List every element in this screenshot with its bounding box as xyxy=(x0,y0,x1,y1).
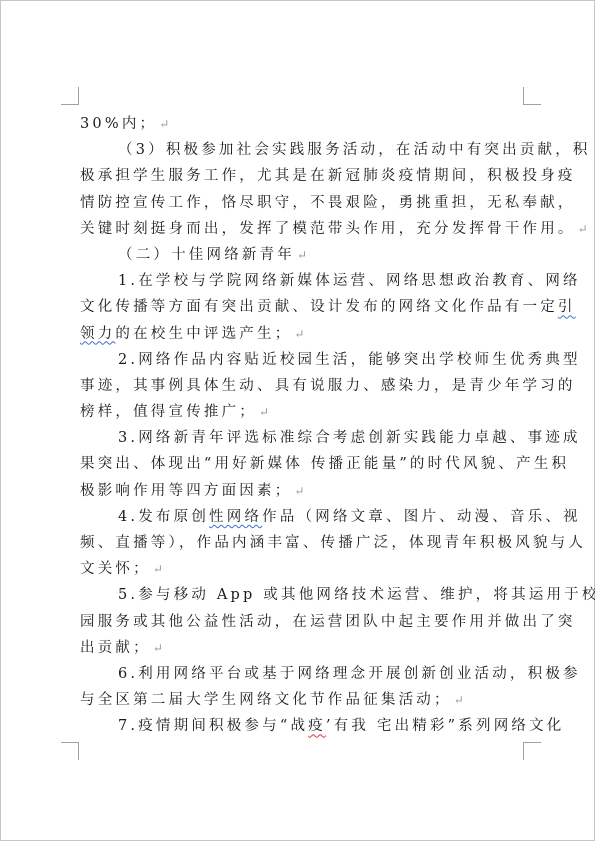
text-run: 作品（网络文章、图片、动漫、音乐、视 xyxy=(262,509,581,525)
text-line[interactable]: 与全区第二届大学生网络文化节作品征集活动；↵ xyxy=(80,687,530,713)
text-run: 频、直播等），作品内涵丰富、传播广泛，体现青年积极风貌与人 xyxy=(80,535,586,551)
text-line[interactable]: 关键时刻挺身而出，发挥了模范带头作用，充分发挥骨干作用。↵ xyxy=(80,216,530,242)
text-line[interactable]: 文关怀；↵ xyxy=(80,556,530,582)
grammar-flagged-text[interactable]: 领力 xyxy=(80,326,115,342)
paragraph-mark-icon: ↵ xyxy=(153,562,163,576)
grammar-flagged-text[interactable]: 性网络 xyxy=(209,509,262,525)
section-heading[interactable]: （二）十佳网络新青年↵ xyxy=(80,242,530,268)
text-run: （二）十佳网络新青年 xyxy=(118,247,295,263)
text-run: ’有我 宅出精彩”系列网络文化 xyxy=(326,718,565,734)
paragraph-mark-icon: ↵ xyxy=(578,222,588,236)
text-run: 5.参与移动 App 或其他网络技术运营、维护，将其运用于校 xyxy=(118,587,595,603)
document-body[interactable]: 30%内；↵ （3）积极参加社会实践服务活动，在活动中有突出贡献，积 极承担学生… xyxy=(80,111,530,740)
text-run: 6.利用网络平台或基于网络理念开展创新创业活动，积极参 xyxy=(118,666,581,682)
text-line[interactable]: 4.发布原创性网络作品（网络文章、图片、动漫、音乐、视 xyxy=(80,504,530,530)
text-line[interactable]: 极影响作用等四方面因素；↵ xyxy=(80,478,530,504)
paragraph-mark-icon: ↵ xyxy=(153,641,163,655)
text-run: 文关怀； xyxy=(80,561,151,577)
text-run: 30%内； xyxy=(80,116,157,132)
text-run: 园服务或其他公益性活动，在运营团队中起主要作用并做出了突 xyxy=(80,614,576,630)
text-line[interactable]: 7.疫情期间积极参与“战疫’有我 宅出精彩”系列网络文化 xyxy=(80,713,530,739)
text-line[interactable]: 3.网络新青年评选标准综合考虑创新实践能力卓越、事迹成 xyxy=(80,425,530,451)
document-page: 30%内；↵ （3）积极参加社会实践服务活动，在活动中有突出贡献，积 极承担学生… xyxy=(0,0,595,841)
text-line[interactable]: 出贡献；↵ xyxy=(80,635,530,661)
text-run: 文化传播等方面有突出贡献、设计发布的网络文化作品有一定 xyxy=(80,299,558,315)
text-run: 果突出、体现出“用好新媒体 传播正能量”的时代风貌、产生积 xyxy=(80,456,569,472)
text-line[interactable]: 6.利用网络平台或基于网络理念开展创新创业活动，积极参 xyxy=(80,661,530,687)
margin-corner-bottom-right xyxy=(523,742,541,760)
paragraph-mark-icon: ↵ xyxy=(294,484,304,498)
paragraph-mark-icon: ↵ xyxy=(454,693,464,707)
text-line[interactable]: 园服务或其他公益性活动，在运营团队中起主要作用并做出了突 xyxy=(80,609,530,635)
text-line[interactable]: 文化传播等方面有突出贡献、设计发布的网络文化作品有一定引 xyxy=(80,294,530,320)
text-line[interactable]: （3）积极参加社会实践服务活动，在活动中有突出贡献，积 xyxy=(80,137,530,163)
text-run: 极影响作用等四方面因素； xyxy=(80,483,292,499)
text-run: 关键时刻挺身而出，发挥了模范带头作用，充分发挥骨干作用。 xyxy=(80,221,576,237)
text-line[interactable]: 30%内；↵ xyxy=(80,111,530,137)
text-run: 的在校生中评选产生； xyxy=(115,326,292,342)
spelling-flagged-text[interactable]: 疫 xyxy=(308,718,326,734)
text-line[interactable]: 情防控宣传工作，恪尽职守，不畏艰险，勇挑重担，无私奉献， xyxy=(80,190,530,216)
text-line[interactable]: 领力的在校生中评选产生；↵ xyxy=(80,321,530,347)
text-run: 4.发布原创 xyxy=(118,509,209,525)
text-run: 7.疫情期间积极参与“战 xyxy=(118,718,308,734)
text-run: 极承担学生服务工作，尤其是在新冠肺炎疫情期间，积极投身疫 xyxy=(80,168,576,184)
text-run: （3）积极参加社会实践服务活动，在活动中有突出贡献，积 xyxy=(118,142,591,158)
margin-corner-top-right xyxy=(523,87,541,105)
text-run: 2.网络作品内容贴近校园生活，能够突出学校师生优秀典型 xyxy=(118,352,581,368)
text-run: 情防控宣传工作，恪尽职守，不畏艰险，勇挑重担，无私奉献， xyxy=(80,195,576,211)
text-line[interactable]: 频、直播等），作品内涵丰富、传播广泛，体现青年积极风貌与人 xyxy=(80,530,530,556)
paragraph-mark-icon: ↵ xyxy=(259,405,269,419)
text-line[interactable]: 1.在学校与学院网络新媒体运营、网络思想政治教育、网络 xyxy=(80,268,530,294)
margin-corner-bottom-left xyxy=(61,742,79,760)
text-line[interactable]: 5.参与移动 App 或其他网络技术运营、维护，将其运用于校 xyxy=(80,582,530,608)
text-line[interactable]: 果突出、体现出“用好新媒体 传播正能量”的时代风貌、产生积 xyxy=(80,451,530,477)
paragraph-mark-icon: ↵ xyxy=(294,327,304,341)
text-run: 榜样，值得宣传推广； xyxy=(80,404,257,420)
text-line[interactable]: 事迹，其事例具体生动、具有说服力、感染力，是青少年学习的 xyxy=(80,373,530,399)
text-run: 3.网络新青年评选标准综合考虑创新实践能力卓越、事迹成 xyxy=(118,430,581,446)
text-run: 出贡献； xyxy=(80,640,151,656)
text-line[interactable]: 2.网络作品内容贴近校园生活，能够突出学校师生优秀典型 xyxy=(80,347,530,373)
text-run: 1.在学校与学院网络新媒体运营、网络思想政治教育、网络 xyxy=(118,273,581,289)
margin-corner-top-left xyxy=(61,87,79,105)
text-run: 与全区第二届大学生网络文化节作品征集活动； xyxy=(80,692,452,708)
paragraph-mark-icon: ↵ xyxy=(297,248,307,262)
text-line[interactable]: 极承担学生服务工作，尤其是在新冠肺炎疫情期间，积极投身疫 xyxy=(80,163,530,189)
text-line[interactable]: 榜样，值得宣传推广；↵ xyxy=(80,399,530,425)
paragraph-mark-icon: ↵ xyxy=(159,117,169,131)
text-run: 事迹，其事例具体生动、具有说服力、感染力，是青少年学习的 xyxy=(80,378,576,394)
grammar-flagged-text[interactable]: 引 xyxy=(558,299,576,315)
